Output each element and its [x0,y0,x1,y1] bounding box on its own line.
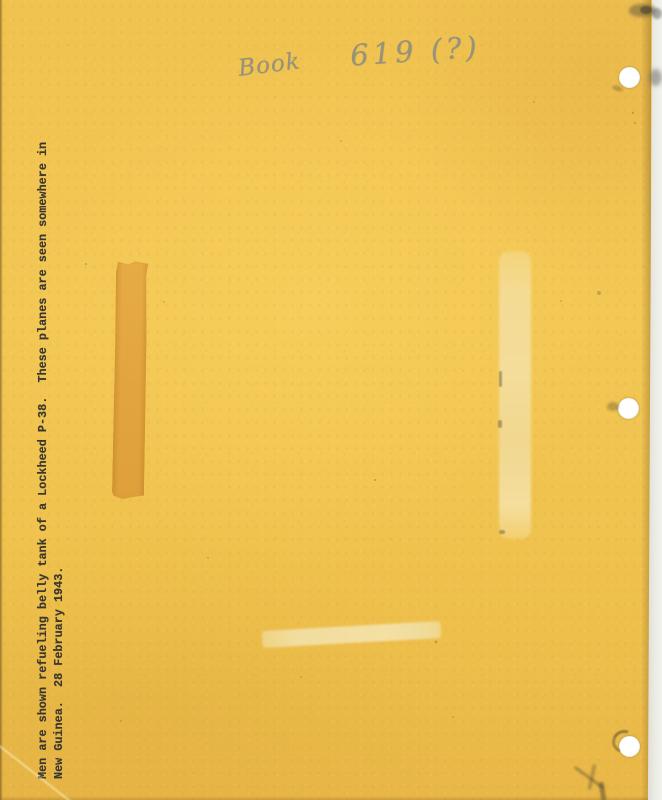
scanned-album-page: Men are shown refueling belly tank of a … [0,0,662,800]
paper-sheet [0,0,652,800]
caption-line-1: Men are shown refueling belly tank of a … [35,131,51,779]
residue-strip-right [499,251,531,539]
punch-hole-middle [618,398,639,419]
typewritten-caption: Men are shown refueling belly tank of a … [35,131,67,779]
residue-edge-mark-1 [499,371,502,387]
tape-strip-left [112,261,148,500]
caption-line-2: New Guinea. 28 February 1943. [51,131,67,779]
punch-hole-top [619,67,640,88]
punch-hole-bottom [619,736,640,757]
dirt-specks [0,0,2,2]
residue-edge-mark-2 [498,420,502,428]
residue-edge-mark-3 [499,530,505,534]
left-scan-edge [0,0,3,800]
bottom-paper-shading [0,796,652,800]
